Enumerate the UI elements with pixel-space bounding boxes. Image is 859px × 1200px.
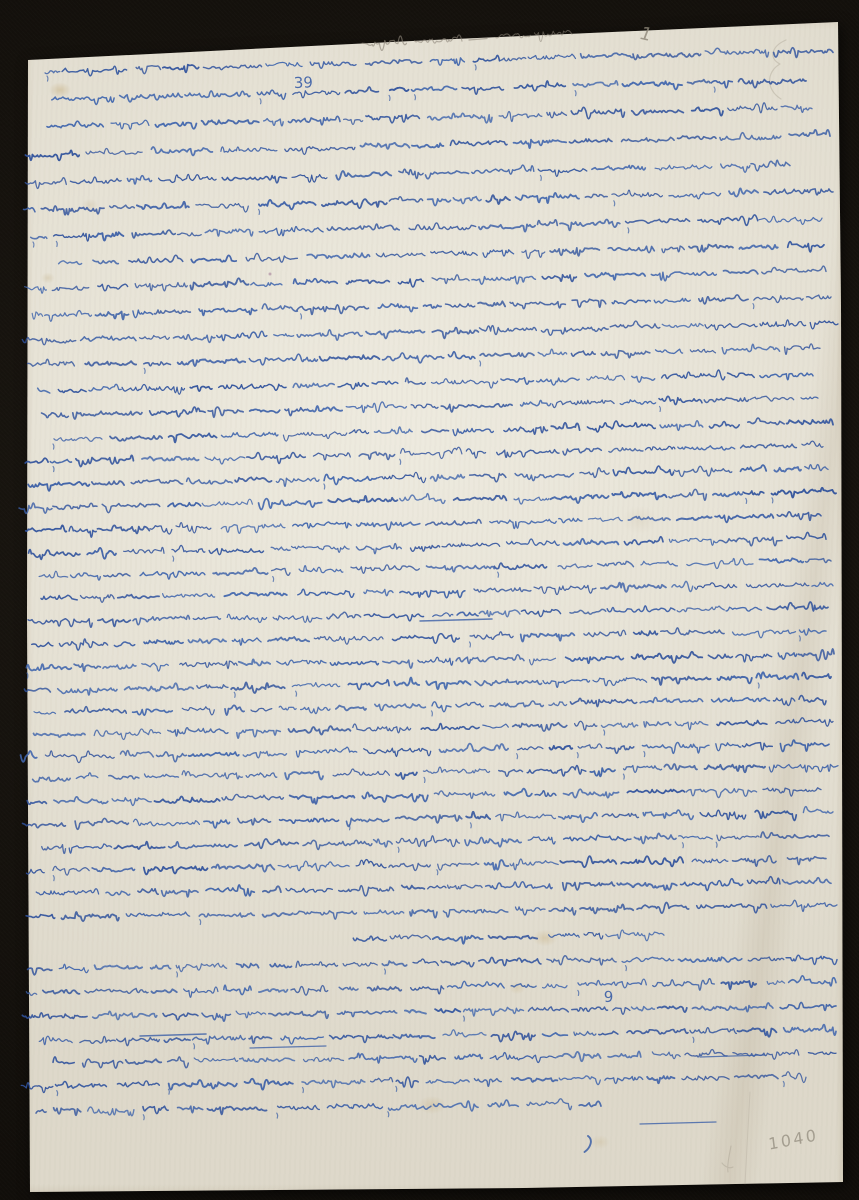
scanned-page-backdrop: 399 1 1040 <box>0 0 859 1200</box>
letter-paper-sheet <box>24 16 846 1196</box>
paper-sheet-wrap <box>24 16 846 1196</box>
